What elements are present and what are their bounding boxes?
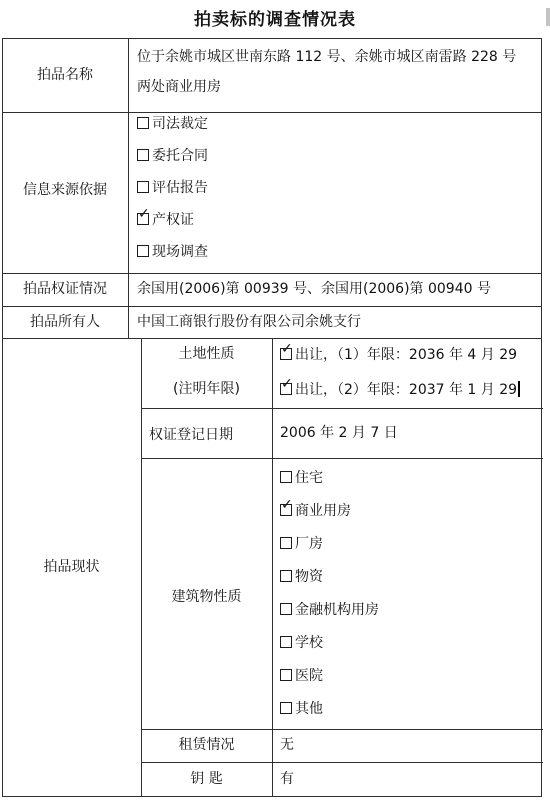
- row-source-label: 信息来源依据: [2, 181, 128, 199]
- row-name-value-line2: 两处商业用房: [137, 78, 221, 96]
- row-name-label: 拍品名称: [2, 66, 128, 84]
- checkbox-unchecked-icon[interactable]: [137, 149, 149, 161]
- land-entry-text: 出让，（2）年限：2037 年 1 月 29: [295, 379, 517, 399]
- grid-line-v-label-col: [128, 38, 129, 338]
- land-nature-entry-1: 出让，（1）年限：2036 年 4 月 29: [280, 345, 517, 363]
- checkbox-unchecked-icon[interactable]: [280, 603, 292, 615]
- grid-line-h-row1: [2, 112, 542, 113]
- grid-line-h-lease: [141, 762, 543, 763]
- option-factory: 厂房: [280, 534, 323, 552]
- grid-line-h-row4: [2, 338, 542, 339]
- page-title: 拍卖标的调查情况表: [0, 8, 550, 32]
- checkbox-checked-icon[interactable]: [137, 213, 149, 225]
- option-label: 其他: [295, 698, 323, 718]
- checkbox-unchecked-icon[interactable]: [280, 570, 292, 582]
- checkbox-checked-icon[interactable]: [280, 383, 292, 395]
- row-status-label: 拍品现状: [2, 558, 141, 576]
- option-label: 金融机构用房: [295, 599, 379, 619]
- text-cursor: [518, 381, 520, 397]
- checkbox-unchecked-icon[interactable]: [280, 471, 292, 483]
- land-nature-label-line2: (注明年限): [141, 380, 272, 398]
- checkbox-checked-icon[interactable]: [280, 504, 292, 516]
- option-property-certificate: 产权证: [137, 210, 194, 228]
- document-page: { "title": "拍卖标的调查情况表", "colors": { "bor…: [0, 0, 550, 804]
- row-name-value-line1: 位于余姚市城区世南东路 112 号、余姚市城区南雷路 228 号: [137, 48, 516, 66]
- key-value: 有: [280, 770, 294, 788]
- land-nature-label-line1: 土地性质: [141, 345, 272, 363]
- grid-line-h-register: [141, 458, 543, 459]
- row-owner-label: 拍品所有人: [2, 313, 128, 331]
- option-label: 评估报告: [152, 177, 208, 197]
- option-other: 其他: [280, 699, 323, 717]
- grid-line-h-row2: [2, 273, 542, 274]
- option-label: 现场调查: [152, 241, 208, 261]
- key-label: 钥 匙: [141, 770, 272, 788]
- checkbox-unchecked-icon[interactable]: [280, 702, 292, 714]
- option-residence: 住宅: [280, 468, 323, 486]
- checkbox-unchecked-icon[interactable]: [280, 636, 292, 648]
- option-label: 住宅: [295, 467, 323, 487]
- row-cert-value: 余国用(2006)第 00939 号、余国用(2006)第 00940 号: [137, 280, 491, 298]
- option-label: 学校: [295, 632, 323, 652]
- option-commercial-housing: 商业用房: [280, 501, 351, 519]
- checkbox-unchecked-icon[interactable]: [280, 537, 292, 549]
- scrollbar-thumb[interactable]: [546, 8, 550, 26]
- grid-line-h-land: [141, 408, 543, 409]
- building-nature-label: 建筑物性质: [141, 588, 272, 606]
- row-owner-value: 中国工商银行股份有限公司余姚支行: [137, 313, 361, 331]
- option-materials: 物资: [280, 567, 323, 585]
- option-label: 医院: [295, 665, 323, 685]
- option-site-survey: 现场调查: [137, 242, 208, 260]
- option-entrust-contract: 委托合同: [137, 146, 208, 164]
- option-label: 产权证: [152, 209, 194, 229]
- option-hospital: 医院: [280, 666, 323, 684]
- option-label: 委托合同: [152, 145, 208, 165]
- register-date-value: 2006 年 2 月 7 日: [280, 424, 398, 442]
- option-label: 司法裁定: [152, 113, 208, 133]
- checkbox-checked-icon[interactable]: [280, 348, 292, 360]
- checkbox-unchecked-icon[interactable]: [280, 669, 292, 681]
- checkbox-unchecked-icon[interactable]: [137, 117, 149, 129]
- option-label: 商业用房: [295, 500, 351, 520]
- option-financial-institution: 金融机构用房: [280, 600, 379, 618]
- option-appraisal-report: 评估报告: [137, 178, 208, 196]
- register-date-label: 权证登记日期: [149, 426, 233, 444]
- land-nature-entry-2: 出让，（2）年限：2037 年 1 月 29: [280, 380, 520, 398]
- lease-value: 无: [280, 736, 294, 754]
- option-school: 学校: [280, 633, 323, 651]
- checkbox-unchecked-icon[interactable]: [137, 181, 149, 193]
- option-judicial-ruling: 司法裁定: [137, 114, 208, 132]
- option-label: 厂房: [295, 533, 323, 553]
- grid-line-h-building: [141, 729, 543, 730]
- row-cert-label: 拍品权证情况: [2, 280, 128, 298]
- checkbox-unchecked-icon[interactable]: [137, 245, 149, 257]
- option-label: 物资: [295, 566, 323, 586]
- lease-label: 租赁情况: [141, 736, 272, 754]
- land-entry-text: 出让，（1）年限：2036 年 4 月 29: [295, 344, 517, 364]
- grid-line-h-row3: [2, 306, 542, 307]
